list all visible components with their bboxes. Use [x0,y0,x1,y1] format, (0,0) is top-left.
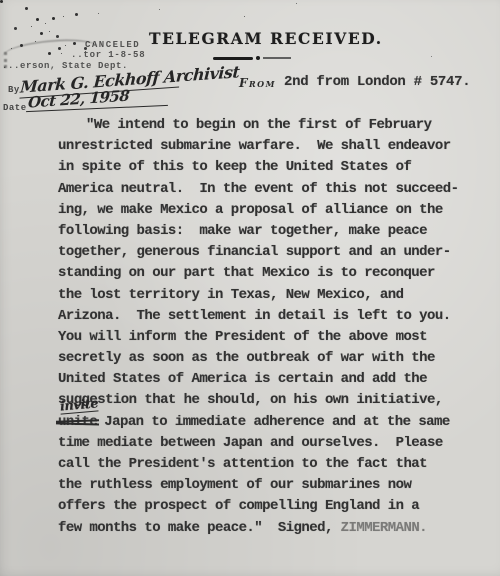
body-line-text: Japan to immediate adherence and at the … [104,414,449,430]
body-line: secretly as soon as the outbreak of war … [58,348,478,369]
body-line: call the President's attention to the fa… [58,454,478,475]
divider-segment [263,57,291,59]
body-line: in spite of this to keep the United Stat… [58,157,478,178]
body-line: the lost territory in Texas, New Mexico,… [58,285,478,306]
divider-segment [213,57,253,60]
body-line: Arizona. The settlement in detail is lef… [58,306,478,327]
title-divider [213,56,291,60]
by-label: By [8,85,20,95]
cancel-stamp-line1: CANCELED [85,40,140,50]
body-line: standing on our part that Mexico is to r… [58,263,478,284]
zimmermann-name: ZIMMERMANN. [341,520,427,536]
body-line: You will inform the President of the abo… [58,327,478,348]
body-line: the ruthless employment of our submarine… [58,475,478,496]
body-line: "We intend to begin on the first of Febr… [58,115,478,136]
date-label: Date [3,103,27,113]
telegram-document: TELEGRAM RECEIVED. CANCELED ..tor 1-8-58… [0,0,500,576]
body-line: unrestricted submarine warfare. We shall… [58,136,478,157]
cancel-stamp-line2: ..tor 1-8-58 [71,50,145,60]
handwritten-correction: inviteunite [58,412,97,433]
body-line: together, generous financial support and… [58,242,478,263]
document-title: TELEGRAM RECEIVED. [149,29,383,48]
body-line: ing, we make Mexico a proposal of allian… [58,200,478,221]
struck-out-word: unite [58,414,97,430]
body-line: following basis: make war together, make… [58,221,478,242]
body-line-with-correction: inviteuniteJapan to immediate adherence … [58,412,478,433]
from-label: From [239,76,276,90]
body-line: United States of America is certain and … [58,369,478,390]
body-line: offers the prospect of compelling Englan… [58,496,478,517]
from-value: 2nd from London # 5747. [284,74,470,90]
body-line: America neutral. In the event of this no… [58,179,478,200]
body-line: time mediate between Japan and ourselves… [58,433,478,454]
body-line-text: few months to make peace." Signed, [58,520,341,536]
cancel-stamp-line3: ...erson, State Dept. [2,61,128,71]
body-line: suggestion that he should, on his own in… [58,390,478,411]
body-line-signed: few months to make peace." Signed, ZIMME… [58,518,478,539]
scan-noise-speckles [0,0,3,3]
telegram-body: "We intend to begin on the first of Febr… [58,115,478,539]
handwritten-invite-word: invite [59,397,98,414]
divider-dot [256,56,260,60]
